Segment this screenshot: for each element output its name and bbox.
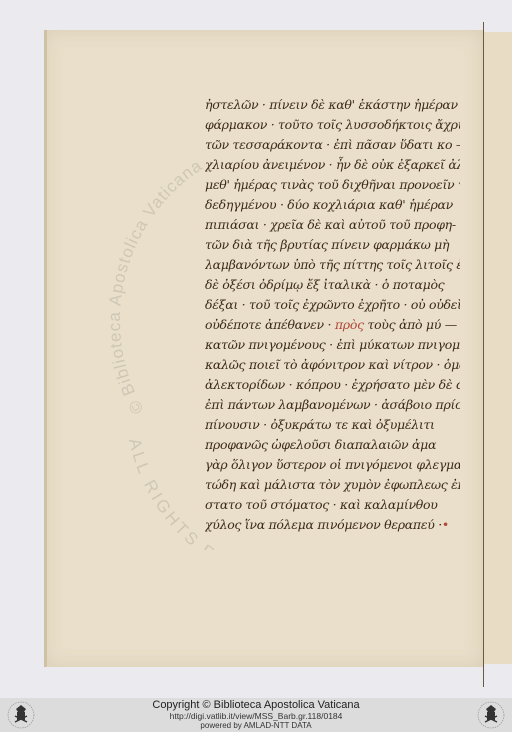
permalink-url[interactable]: http://digi.vatlib.it/view/MSS_Barb.gr.1… [0, 711, 512, 721]
powered-by-text: powered by AMLAD-NTT DATA [0, 721, 512, 731]
text-line: πιπιάσαι · χρεῖα δὲ καὶ αὐτοῦ τοῦ προφη- [205, 215, 460, 235]
image-viewer[interactable]: © Biblioteca Apostolica Vaticana ALL RIG… [0, 0, 512, 698]
text-line: λαμβανόντων ὑπὸ τῆς πίττης τοῖς λιτοῖς ἐ… [205, 255, 460, 275]
text-line: πίνουσιν · ὀξυκράτω τε καὶ ὀξυμέλιτι [205, 415, 460, 435]
text-line: ἠστελῶν · πίνειν δὲ καθ' ἑκάστην ἡμέραν … [205, 95, 460, 115]
text-line: κατῶν πνιγομένους · ἐπὶ μύκατων πνιγομ- [205, 335, 460, 355]
text-line: δέξαι · τοῦ τοῖς ἐχρῶντο ἐχρῆτο · οὐ οὐδ… [205, 295, 460, 315]
vatican-seal-icon-right [476, 700, 506, 730]
text-line: φάρμακον · τοῦτο τοῖς λυσσοδήκτοις ἄχρι [205, 115, 460, 135]
text-line: μεθ' ἡμέρας τινὰς τοῦ διχθῆναι προνοεῖν … [205, 175, 460, 195]
vatican-seal-icon-left [6, 700, 36, 730]
text-line: χύλος ἵνα πόλεμα πινόμενον θεραπεύ ·• [205, 515, 460, 535]
rubric-initial: πρὸς [335, 317, 364, 332]
text-line: προφανῶς ὠφελοῦσι διαπαλαιῶν ἀμα [205, 435, 460, 455]
copyright-text: Copyright © Biblioteca Apostolica Vatica… [0, 698, 512, 711]
text-line: γὰρ ὅλιγον ὕστερον οἱ πνιγόμενοι φλεγμα- [205, 455, 460, 475]
text-line: δὲ ὀξέσι ὀδρίμῳ ἔξ ἰταλικὰ · ὁ ποταμὸς [205, 275, 460, 295]
svg-text:© Biblioteca Apostolica Vatica: © Biblioteca Apostolica Vaticana [105, 156, 206, 417]
text-line: δεδηγμένου · δύο κοχλιάρια καθ' ἡμέραν [205, 195, 460, 215]
text-line: στατο τοῦ στόματος · καὶ καλαμίνθου [205, 495, 460, 515]
facing-page-edge [484, 32, 512, 664]
text-line: τῶν διὰ τῆς βρυτίας πίνειν φαρμάκω μὴ [205, 235, 460, 255]
watermark-top-text: © Biblioteca Apostolica Vaticana [105, 156, 206, 417]
text-line: ἀλεκτορίδων · κόπρου · ἐχρήσατο μὲν δὲ ἀ… [205, 375, 460, 395]
text-line: ἐπὶ πάντων λαμβανομένων · ἀσάβοιο πρίσιν… [205, 395, 460, 415]
text-line: καλῶς ποιεῖ τὸ ἀφόνιτρον καὶ νίτρον · ὁμ… [205, 355, 460, 375]
text-segment: οὐδέποτε ἀπέθανεν · [205, 317, 331, 332]
manuscript-text: ἠστελῶν · πίνειν δὲ καθ' ἑκάστην ἡμέραν … [205, 95, 460, 535]
text-segment: τοὺς ἀπὸ μύ — [367, 317, 456, 332]
text-line: τώδη καὶ μάλιστα τὸν χυμὸν ἐφωπλεως ἐπ — [205, 475, 460, 495]
text-line: τῶν τεσσαράκοντα · ἐπὶ πᾶσαν ὕδατι κο — [205, 135, 460, 155]
rubric-dot: • [442, 517, 449, 532]
text-segment: χύλος ἵνα πόλεμα πινόμενον θεραπεύ · [205, 517, 442, 532]
copyright-footer: Copyright © Biblioteca Apostolica Vatica… [0, 698, 512, 732]
text-line: χλιαρίου ἀνειμένον · ἦν δὲ οὐκ ἐξαρκεῖ ἀ… [205, 155, 460, 175]
text-line: οὐδέποτε ἀπέθανεν · πρὸς τοὺς ἀπὸ μύ — [205, 315, 460, 335]
